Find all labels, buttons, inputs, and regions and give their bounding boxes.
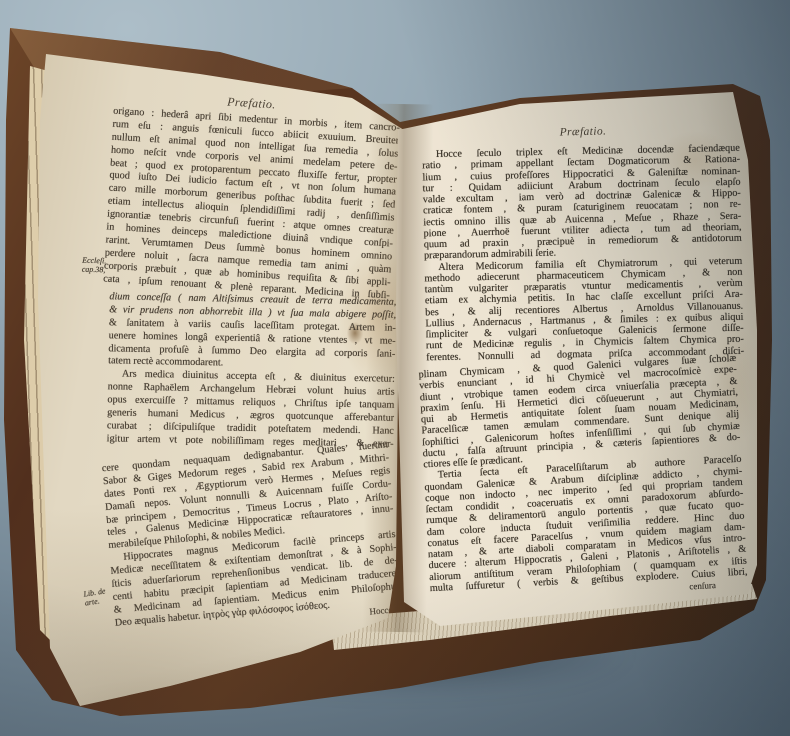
- photo-vignette: [0, 0, 790, 736]
- antique-book-photo: Præfatio. origano : hederâ apri ſibi med…: [0, 0, 790, 736]
